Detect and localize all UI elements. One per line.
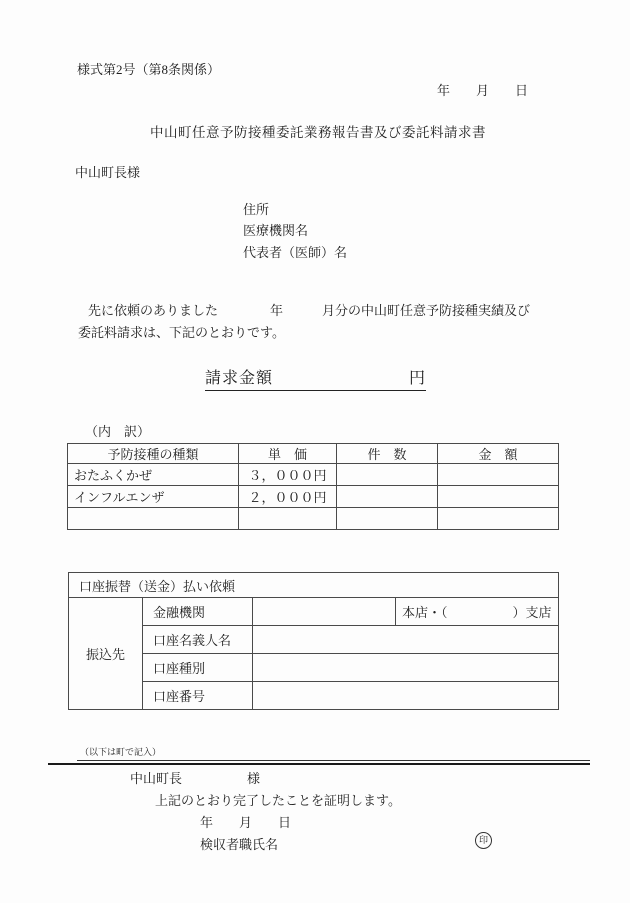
unit-price-cell: ２，０００円: [239, 486, 337, 508]
town-entry-note: （以下は町で記入）: [80, 747, 161, 757]
transfer-title-row: 口座振替（送金）払い依頼: [69, 573, 559, 598]
col-header-vaccine-type: 予防接種の種類: [68, 444, 239, 464]
claim-amount-line: 請求金額 円: [205, 370, 426, 391]
divider-thin: [77, 760, 590, 761]
col-header-count: 件 数: [337, 444, 438, 464]
table-row: [68, 508, 559, 530]
col-header-unit-price: 単 価: [239, 444, 337, 464]
breakdown-table: 予防接種の種類 単 価 件 数 金 額 おたふくかぜ ３，０００円 インフルエン…: [67, 443, 559, 530]
account-type-value-cell: [253, 654, 559, 682]
header-date-line: 年 月 日: [437, 84, 528, 99]
document-page: 様式第2号（第8条関係） 年 月 日 中山町任意予防接種委託業務報告書及び委託料…: [0, 0, 630, 903]
count-cell: [337, 486, 438, 508]
payee-label: 振込先: [69, 598, 143, 710]
table-row: おたふくかぜ ３，０００円: [68, 464, 559, 486]
addressee: 中山町長様: [75, 166, 140, 181]
transfer-table-title: 口座振替（送金）払い依頼: [69, 573, 559, 598]
breakdown-header-row: 予防接種の種類 単 価 件 数 金 額: [68, 444, 559, 464]
sender-address-label: 住所: [243, 203, 269, 218]
account-number-label: 口座番号: [143, 682, 253, 710]
col-header-amount: 金 額: [438, 444, 559, 464]
table-row: 振込先 金融機関 本店・（ ）支店: [69, 598, 559, 626]
form-number: 様式第2号（第8条関係）: [77, 63, 220, 78]
body-line-2: 委託料請求は、下記のとおりです。: [78, 326, 285, 341]
inspector-label: 検収者職氏名: [200, 838, 278, 853]
sender-institution-label: 医療機関名: [243, 224, 308, 239]
account-number-value-cell: [253, 682, 559, 710]
amount-cell: [438, 508, 559, 530]
vaccine-type-cell: おたふくかぜ: [68, 464, 239, 486]
account-holder-value-cell: [253, 626, 559, 654]
table-row: 口座種別: [69, 654, 559, 682]
footer-date-line: 年 月 日: [200, 816, 291, 831]
page-title: 中山町任意予防接種委託業務報告書及び委託料請求書: [150, 125, 486, 141]
count-cell: [337, 508, 438, 530]
unit-price-cell: ３，０００円: [239, 464, 337, 486]
unit-price-cell: [239, 508, 337, 530]
divider-thick: [48, 763, 590, 765]
breakdown-label: （内 訳）: [85, 425, 150, 440]
body-line-1: 先に依頼のありました 年 月分の中山町任意予防接種実績及び: [88, 304, 530, 319]
branch-cell: 本店・（ ）支店: [396, 598, 559, 626]
table-row: インフルエンザ ２，０００円: [68, 486, 559, 508]
table-row: 口座名義人名: [69, 626, 559, 654]
sender-representative-label: 代表者（医師）名: [243, 246, 347, 261]
footer-addressee-line: 中山町長 様: [130, 772, 260, 787]
bank-value-cell: [253, 598, 396, 626]
count-cell: [337, 464, 438, 486]
table-row: 口座番号: [69, 682, 559, 710]
bank-label: 金融機関: [143, 598, 253, 626]
transfer-table: 口座振替（送金）払い依頼 振込先 金融機関 本店・（ ）支店 口座名義人名 口座…: [68, 572, 559, 710]
vaccine-type-cell: インフルエンザ: [68, 486, 239, 508]
account-type-label: 口座種別: [143, 654, 253, 682]
seal-icon: 印: [475, 832, 492, 849]
certify-text: 上記のとおり完了したことを証明します。: [155, 794, 401, 809]
amount-cell: [438, 464, 559, 486]
account-holder-label: 口座名義人名: [143, 626, 253, 654]
amount-cell: [438, 486, 559, 508]
vaccine-type-cell: [68, 508, 239, 530]
